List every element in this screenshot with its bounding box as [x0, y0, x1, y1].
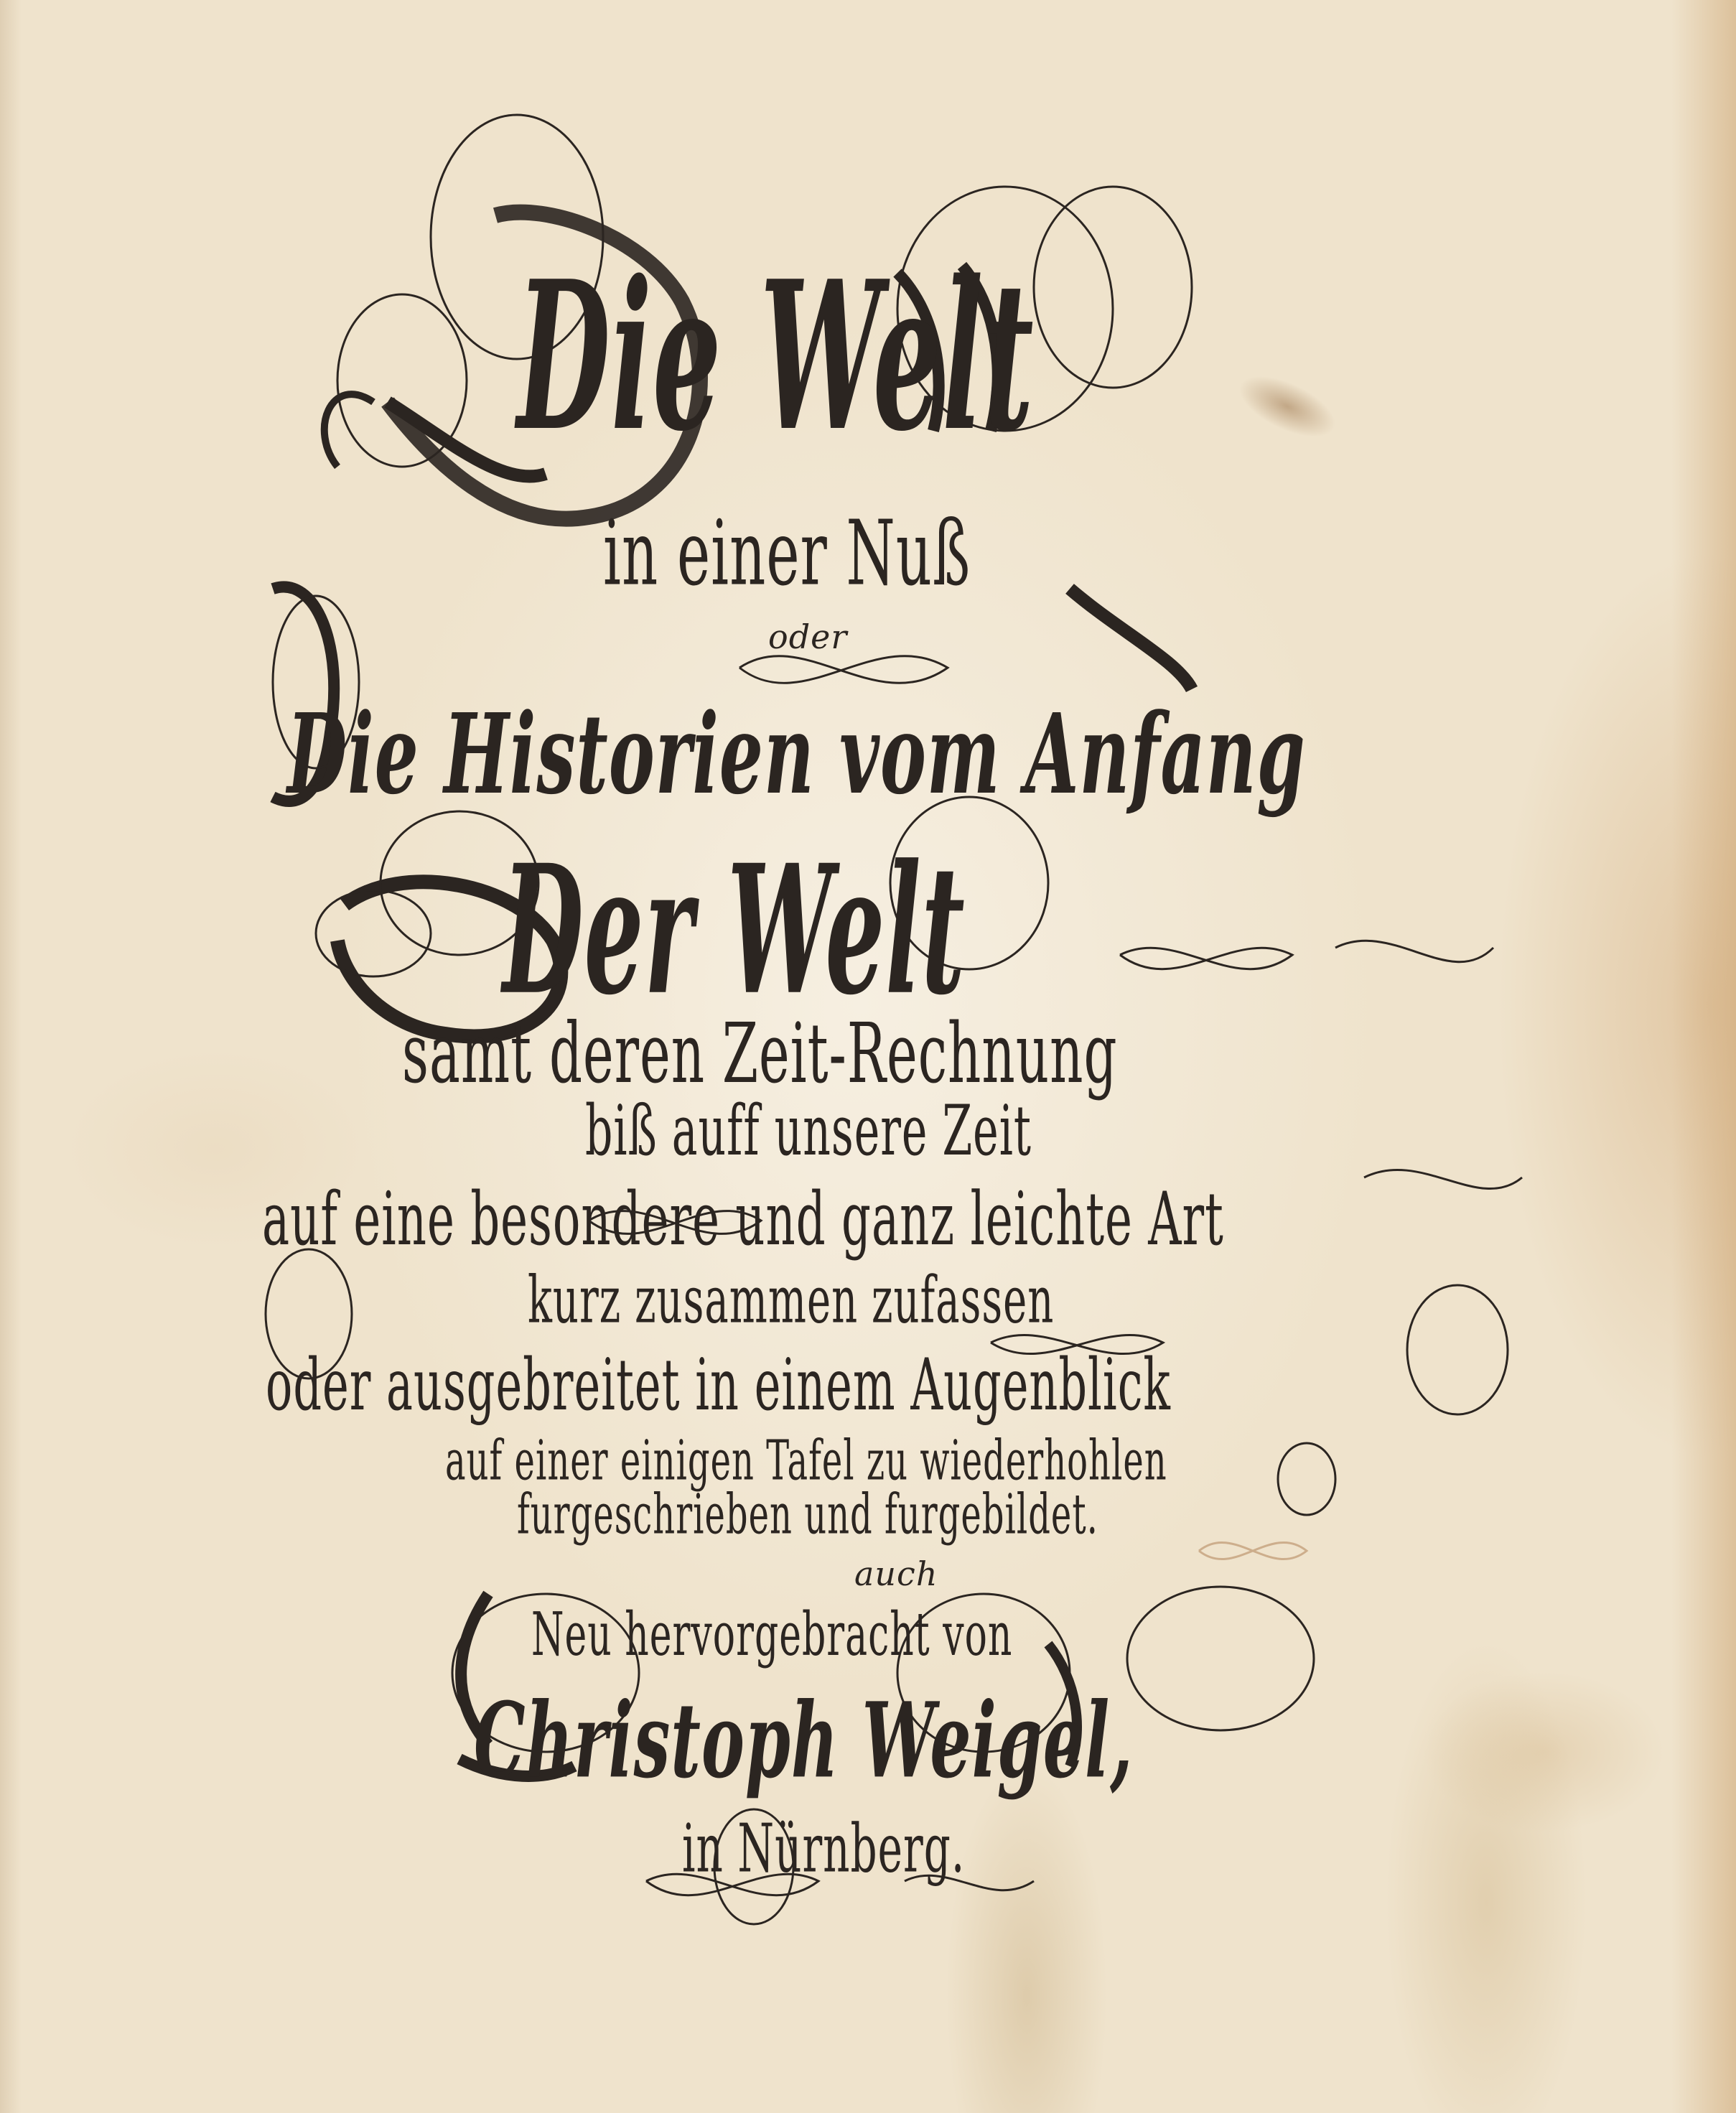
title-line-in-einer-nuss: in einer Nuß [603, 503, 971, 606]
page-edge-left [0, 0, 22, 2113]
page-edge-right-stain [1671, 0, 1736, 2113]
line-neu-hervorgebracht: Neu hervorgebracht von [531, 1601, 1012, 1670]
title-line-der-welt: Der Welt [503, 826, 966, 1035]
ink-stain [1205, 334, 1381, 492]
place-nuernberg: in Nürnberg. [682, 1809, 965, 1888]
line-zeit-rechnung: samt deren Zeit-Rechnung [402, 1005, 1118, 1101]
line-furgeschrieben: furgeschrieben und furgebildet. [517, 1483, 1098, 1547]
connector-oder: oder [768, 617, 847, 656]
title-page: Die Welt in einer Nuß oder Die Historien… [0, 0, 1736, 2113]
line-biss-auff: biß auff unsere Zeit [585, 1091, 1032, 1172]
line-kurz-zusammen: kurz zusammen zufassen [528, 1264, 1054, 1338]
line-augenblick: oder ausgebreitet in einem Augenblick [266, 1343, 1171, 1427]
line-besondere-art: auf eine besondere und ganz leichte Art [262, 1177, 1224, 1262]
author-name: Christoph Weigel, [474, 1680, 1134, 1802]
title-line-die-welt: Die Welt [517, 237, 1035, 477]
title-line-historien: Die Historien vom Anfang [287, 689, 1306, 819]
connector-auch: auch [854, 1554, 938, 1593]
